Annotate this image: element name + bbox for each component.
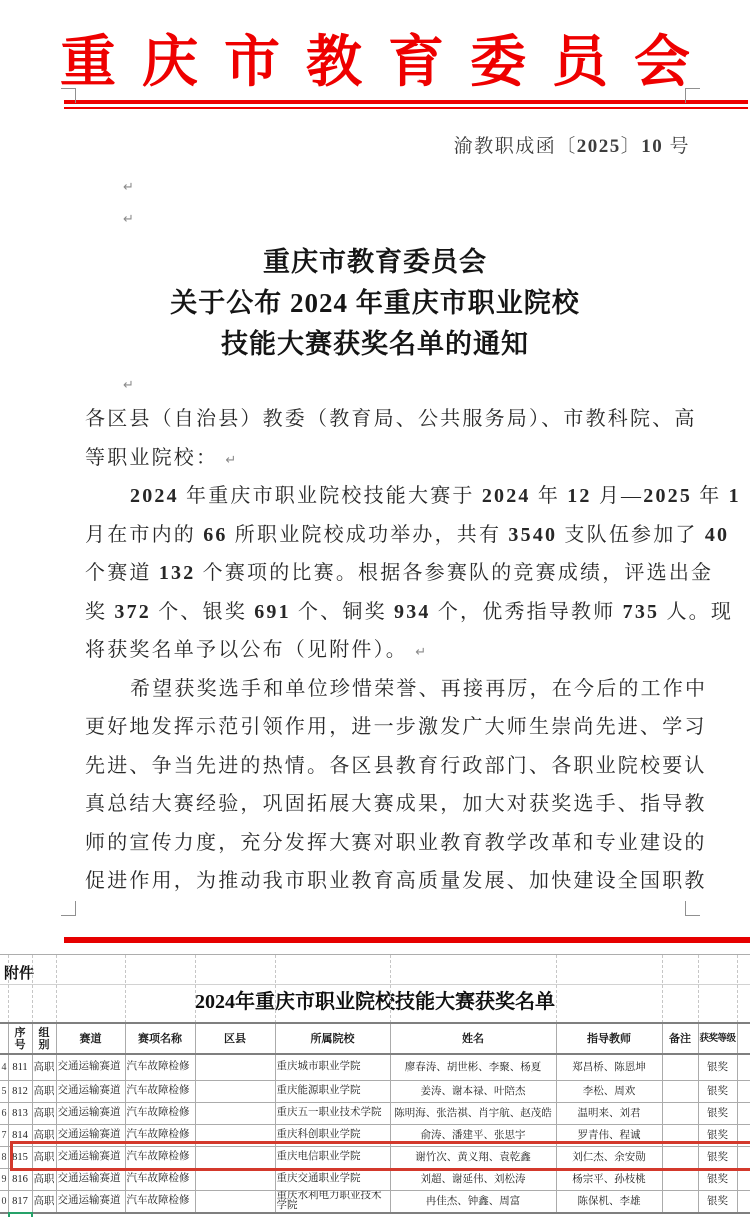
paragraph-mark-icon: ↵ xyxy=(123,180,134,195)
body-line: 个赛道 132 个赛项的比赛。根据各参赛队的竞赛成绩，评选出金 xyxy=(85,554,730,593)
footer-red-rule xyxy=(64,937,750,943)
cell-gutter[interactable]: 8 xyxy=(0,1146,8,1168)
corner-mark-icon xyxy=(61,88,76,103)
header-cell-edge[interactable] xyxy=(737,1023,750,1054)
cell-school[interactable]: 重庆五一职业技术学院 xyxy=(275,1102,390,1124)
cell-school[interactable]: 重庆水利电力职业技术学院 xyxy=(275,1190,390,1213)
header-cell-gutter[interactable] xyxy=(0,1023,8,1054)
cell-school[interactable]: 重庆城市职业学院 xyxy=(275,1054,390,1080)
cell-track[interactable]: 交通运输赛道 xyxy=(56,1168,125,1190)
document-page: 重庆市教育委员会 渝教职成函〔2025〕10 号 ↵ ↵ ↵ 重庆市教育委员会 … xyxy=(0,0,750,1217)
corner-mark-icon xyxy=(685,88,700,103)
header-cell-names[interactable]: 姓名 xyxy=(390,1023,556,1054)
award-table-header-row: 序号组别赛道赛项名称区县所属院校姓名指导教师备注获奖等级 xyxy=(0,1023,750,1054)
cell-seq[interactable]: 817 xyxy=(8,1190,32,1213)
header-cell-group[interactable]: 组别 xyxy=(32,1023,56,1054)
cell-edge[interactable] xyxy=(737,1054,750,1080)
grid-divider xyxy=(737,955,738,1023)
cell-edge[interactable] xyxy=(737,1102,750,1124)
cell-note[interactable] xyxy=(662,1168,698,1190)
table-row: 0817高职交通运输赛道汽车故障检修重庆水利电力职业技术学院冉佳杰、钟鑫、周富陈… xyxy=(0,1190,750,1213)
cell-names[interactable]: 陈明海、张浩祺、肖宇航、赵茂皓 xyxy=(390,1102,556,1124)
header-cell-track[interactable]: 赛道 xyxy=(56,1023,125,1054)
active-cell-indicator xyxy=(8,1212,33,1217)
body-line: 更好地发挥示范引领作用，进一步激发广大师生崇尚先进、学习 xyxy=(85,708,730,747)
document-title: 重庆市教育委员会 关于公布 2024 年重庆市职业院校 技能大赛获奖名单的通知 xyxy=(0,242,750,365)
cell-district[interactable] xyxy=(195,1190,275,1213)
cell-teachers[interactable]: 杨宗平、孙枝桃 xyxy=(556,1168,662,1190)
grid-divider xyxy=(390,955,391,1023)
cell-names[interactable]: 刘超、谢延伟、刘松涛 xyxy=(390,1168,556,1190)
corner-mark-icon xyxy=(61,901,76,916)
body-line: 奖 372 个、银奖 691 个、铜奖 934 个，优秀指导教师 735 人。现 xyxy=(85,593,730,632)
grid-divider xyxy=(698,955,699,1023)
paragraph-mark-icon: ↵ xyxy=(123,212,134,227)
body-paragraphs: 各区县（自治县）教委（教育局、公共服务局）、市教科院、高等职业院校： ↵2024… xyxy=(85,400,730,901)
cell-group[interactable]: 高职 xyxy=(32,1168,56,1190)
cell-teachers[interactable]: 郑昌桥、陈恩坤 xyxy=(556,1054,662,1080)
header-cell-seq[interactable]: 序号 xyxy=(8,1023,32,1054)
cell-district[interactable] xyxy=(195,1054,275,1080)
body-line: 各区县（自治县）教委（教育局、公共服务局）、市教科院、高 xyxy=(85,400,730,439)
cell-district[interactable] xyxy=(195,1168,275,1190)
cell-gutter[interactable]: 4 xyxy=(0,1054,8,1080)
attachment-header-area: 附件 2024年重庆市职业院校技能大赛获奖名单 xyxy=(0,954,750,1022)
cell-note[interactable] xyxy=(662,1190,698,1213)
cell-event[interactable]: 汽车故障检修 xyxy=(125,1054,195,1080)
cell-group[interactable]: 高职 xyxy=(32,1054,56,1080)
cell-award[interactable]: 银奖 xyxy=(698,1102,737,1124)
cell-group[interactable]: 高职 xyxy=(32,1080,56,1102)
cell-gutter[interactable]: 6 xyxy=(0,1102,8,1124)
cell-names[interactable]: 姜涛、谢本禄、叶陪杰 xyxy=(390,1080,556,1102)
grid-divider xyxy=(195,955,196,1023)
body-line: 真总结大赛经验，巩固拓展大赛成果，加大对获奖选手、指导教 xyxy=(85,785,730,824)
body-line: 将获奖名单予以公布（见附件）。 ↵ xyxy=(85,631,730,670)
cell-school[interactable]: 重庆交通职业学院 xyxy=(275,1168,390,1190)
cell-teachers[interactable]: 温明来、刘君 xyxy=(556,1102,662,1124)
cell-event[interactable]: 汽车故障检修 xyxy=(125,1168,195,1190)
cell-gutter[interactable]: 7 xyxy=(0,1124,8,1146)
cell-event[interactable]: 汽车故障检修 xyxy=(125,1102,195,1124)
body-line: 月在市内的 66 所职业院校成功举办，共有 3540 支队伍参加了 40 xyxy=(85,516,730,555)
paragraph-mark-icon: ↵ xyxy=(415,645,426,660)
cell-group[interactable]: 高职 xyxy=(32,1102,56,1124)
agency-letterhead: 重庆市教育委员会 xyxy=(0,18,750,98)
header-cell-award[interactable]: 获奖等级 xyxy=(698,1023,737,1054)
cell-seq[interactable]: 816 xyxy=(8,1168,32,1190)
paragraph-mark-icon: ↵ xyxy=(123,378,134,393)
body-line: 希望获奖选手和单位珍惜荣誉、再接再厉，在今后的工作中 xyxy=(85,670,730,709)
body-line: 2024 年重庆市职业院校技能大赛于 2024 年 12 月—2025 年 1 xyxy=(85,477,730,516)
body-line: 等职业院校： ↵ xyxy=(85,439,730,478)
cell-teachers[interactable]: 陈保机、李雄 xyxy=(556,1190,662,1213)
cell-event[interactable]: 汽车故障检修 xyxy=(125,1190,195,1213)
cell-event[interactable]: 汽车故障检修 xyxy=(125,1080,195,1102)
cell-note[interactable] xyxy=(662,1080,698,1102)
cell-school[interactable]: 重庆能源职业学院 xyxy=(275,1080,390,1102)
cell-track[interactable]: 交通运输赛道 xyxy=(56,1190,125,1213)
grid-divider xyxy=(556,955,557,1023)
attachment-label: 附件 xyxy=(0,955,750,985)
title-line: 关于公布 2024 年重庆市职业院校 xyxy=(0,283,750,324)
cell-teachers[interactable]: 李松、周欢 xyxy=(556,1080,662,1102)
title-line: 重庆市教育委员会 xyxy=(0,242,750,283)
letterhead-rule-thick xyxy=(64,100,748,104)
cell-seq[interactable]: 812 xyxy=(8,1080,32,1102)
cell-group[interactable]: 高职 xyxy=(32,1190,56,1213)
cell-note[interactable] xyxy=(662,1054,698,1080)
corner-mark-icon xyxy=(685,901,700,916)
grid-divider xyxy=(8,955,9,1023)
header-cell-teachers[interactable]: 指导教师 xyxy=(556,1023,662,1054)
cell-district[interactable] xyxy=(195,1102,275,1124)
table-row: 9816高职交通运输赛道汽车故障检修重庆交通职业学院刘超、谢延伟、刘松涛杨宗平、… xyxy=(0,1168,750,1190)
cell-award[interactable]: 银奖 xyxy=(698,1168,737,1190)
cell-track[interactable]: 交通运输赛道 xyxy=(56,1080,125,1102)
grid-divider xyxy=(56,955,57,1023)
body-line: 先进、争当先进的热情。各区县教育行政部门、各职业院校要认 xyxy=(85,747,730,786)
row-highlight-box xyxy=(10,1141,750,1171)
header-cell-note[interactable]: 备注 xyxy=(662,1023,698,1054)
cell-track[interactable]: 交通运输赛道 xyxy=(56,1054,125,1080)
cell-track[interactable]: 交通运输赛道 xyxy=(56,1102,125,1124)
cell-names[interactable]: 廖春涛、胡世彬、李聚、杨夏 xyxy=(390,1054,556,1080)
table-row: 4811高职交通运输赛道汽车故障检修重庆城市职业学院廖春涛、胡世彬、李聚、杨夏郑… xyxy=(0,1054,750,1080)
body-line: 师的宣传力度，充分发挥大赛对职业教育教学改革和专业建设的 xyxy=(85,824,730,863)
cell-seq[interactable]: 813 xyxy=(8,1102,32,1124)
cell-district[interactable] xyxy=(195,1080,275,1102)
paragraph-mark-icon: ↵ xyxy=(225,453,236,468)
award-table: 序号组别赛道赛项名称区县所属院校姓名指导教师备注获奖等级 4811高职交通运输赛… xyxy=(0,1022,750,1214)
cell-edge[interactable] xyxy=(737,1080,750,1102)
cell-edge[interactable] xyxy=(737,1190,750,1213)
header-cell-district[interactable]: 区县 xyxy=(195,1023,275,1054)
cell-gutter[interactable]: 9 xyxy=(0,1168,8,1190)
title-line: 技能大赛获奖名单的通知 xyxy=(0,324,750,365)
cell-gutter[interactable]: 5 xyxy=(0,1080,8,1102)
cell-award[interactable]: 银奖 xyxy=(698,1054,737,1080)
header-cell-school[interactable]: 所属院校 xyxy=(275,1023,390,1054)
grid-divider xyxy=(275,955,276,1023)
cell-gutter[interactable]: 0 xyxy=(0,1190,8,1213)
award-table-title: 2024年重庆市职业院校技能大赛获奖名单 xyxy=(0,985,750,1022)
cell-award[interactable]: 银奖 xyxy=(698,1080,737,1102)
cell-edge[interactable] xyxy=(737,1168,750,1190)
letterhead-rule-thin xyxy=(64,107,748,109)
grid-divider xyxy=(662,955,663,1023)
cell-names[interactable]: 冉佳杰、钟鑫、周富 xyxy=(390,1190,556,1213)
table-row: 6813高职交通运输赛道汽车故障检修重庆五一职业技术学院陈明海、张浩祺、肖宇航、… xyxy=(0,1102,750,1124)
header-cell-event[interactable]: 赛项名称 xyxy=(125,1023,195,1054)
cell-seq[interactable]: 811 xyxy=(8,1054,32,1080)
award-table-body: 4811高职交通运输赛道汽车故障检修重庆城市职业学院廖春涛、胡世彬、李聚、杨夏郑… xyxy=(0,1054,750,1213)
grid-divider xyxy=(125,955,126,1023)
body-line: 促进作用，为推动我市职业教育高质量发展、加快建设全国职教 xyxy=(85,862,730,901)
cell-award[interactable]: 银奖 xyxy=(698,1190,737,1213)
cell-note[interactable] xyxy=(662,1102,698,1124)
table-row: 5812高职交通运输赛道汽车故障检修重庆能源职业学院姜涛、谢本禄、叶陪杰李松、周… xyxy=(0,1080,750,1102)
document-number: 渝教职成函〔2025〕10 号 xyxy=(0,131,690,158)
grid-divider xyxy=(32,955,33,1023)
